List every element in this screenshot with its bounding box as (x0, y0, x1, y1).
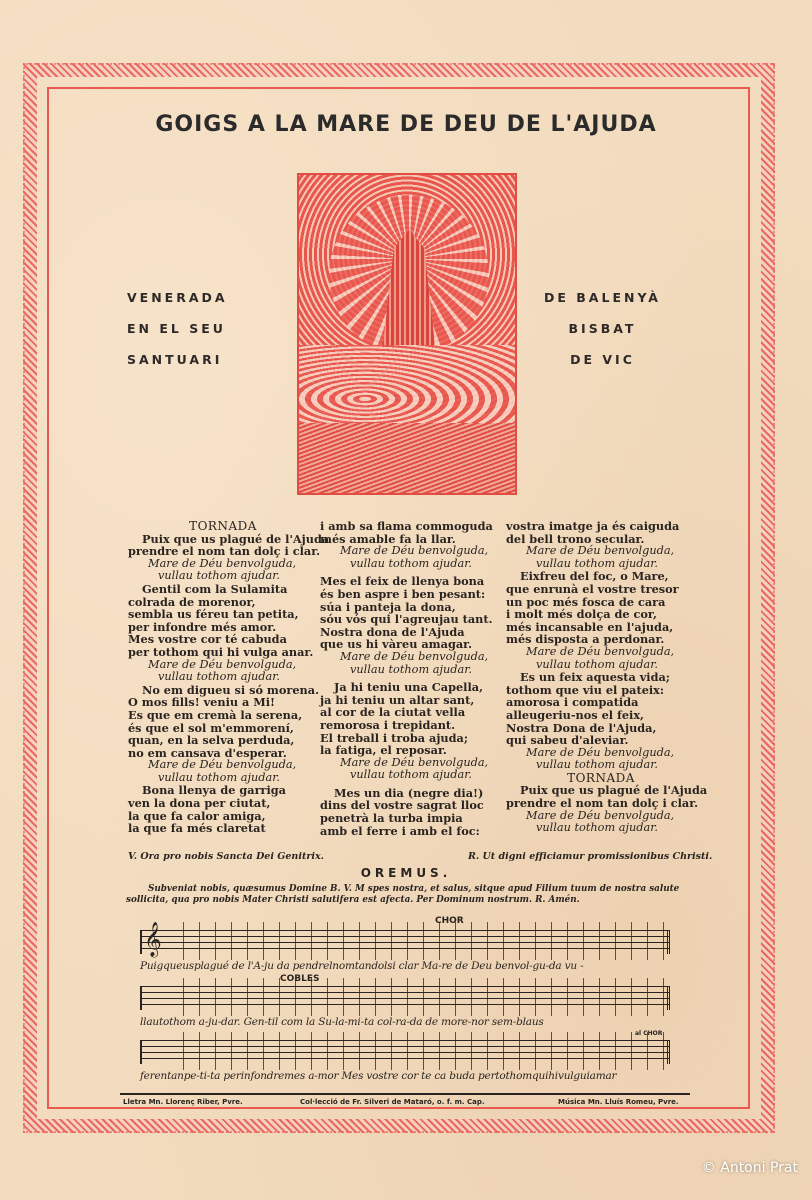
staff-lines (140, 1040, 670, 1064)
side-left-line: VENERADA (127, 290, 228, 321)
verse-line: Es que em cremà la serena, (128, 709, 318, 722)
refrain-line: vullau tothom ajudar. (320, 769, 505, 782)
verse-line: i molt més dolça de cor, (506, 608, 696, 621)
refrain-line: vullau tothom ajudar. (506, 822, 696, 835)
staff-lyrics: llautothom a-ju-dar. Gen-til com la Su-l… (140, 1016, 670, 1028)
oremus-prayer: Subveniat nobis, quæsumus Domine B. V. M… (126, 884, 696, 906)
verse-line: amb el ferre i amb el foc: (320, 825, 505, 838)
verse-line: la que fa més claretat (128, 822, 318, 835)
credit-collection: Col·lecció de Fr. Silveri de Mataró, o. … (300, 1098, 485, 1106)
notes (172, 1032, 667, 1070)
staff-lines (140, 986, 670, 1010)
verse-line: alleugeriu-nos el feix, (506, 709, 696, 722)
side-left-line: SANTUARI (127, 352, 228, 383)
oremus-heading: OREMUS. (0, 866, 812, 880)
music-staff-2: COBLES llautothom a-ju-dar. Gen-til com … (140, 986, 670, 1028)
tornada-heading: TORNADA (128, 520, 318, 533)
verse-line: prendre el nom tan dolç i clar. (506, 797, 696, 810)
refrain-line: Mare de Déu benvolguda, (506, 545, 696, 558)
notes (172, 922, 667, 960)
notes (172, 978, 667, 1016)
refrain-line: vullau tothom ajudar. (506, 759, 696, 772)
verse-column-3: vostra imatge ja és caiguda del bell tro… (506, 520, 696, 835)
refrain-line: Mare de Déu benvolguda, (506, 646, 696, 659)
verse-line: la fatiga, el reposar. (320, 744, 505, 757)
verse-line: per tothom qui hi vulga anar. (128, 646, 318, 659)
verse-line: penetrà la turba impia (320, 812, 505, 825)
refrain-line: Mare de Déu benvolguda, (128, 759, 318, 772)
verse-line: que enrunà el vostre tresor (506, 583, 696, 596)
refrain-line: Mare de Déu benvolguda, (320, 545, 505, 558)
refrain-line: vullau tothom ajudar. (128, 671, 318, 684)
treble-clef-icon: 𝄞 (144, 922, 162, 958)
verse-line: remorosa i trepidant. (320, 719, 505, 732)
verse-line: qui sabeu d'aleviar. (506, 734, 696, 747)
verse-line: i amb sa flama commoguda (320, 520, 505, 533)
refrain-line: vullau tothom ajudar. (320, 664, 505, 677)
verse-line: sembla us féreu tan petita, (128, 608, 318, 621)
verse-column-2: i amb sa flama commoguda més amable fa l… (320, 520, 505, 837)
staff-lyrics: Puigqueusplagué de l'A-ju da pendrelnomt… (140, 960, 670, 972)
verse-line: és ben aspre i ben pesant: (320, 588, 505, 601)
verse-line: quan, en la selva perduda, (128, 734, 318, 747)
verse-line: prendre el nom tan dolç i clar. (128, 545, 318, 558)
verse-line: Gentil com la Sulamita (128, 583, 318, 596)
ground (299, 423, 517, 493)
music-staff-3: al CHOR ferentanpe-ti-ta perinfondremes … (140, 1040, 670, 1082)
verse-line: sóu vós qui l'agreujau tant. (320, 613, 505, 626)
page-title: GOIGS A LA MARE DE DEU DE L'AJUDA (0, 112, 812, 137)
side-right-line: BISBAT (540, 321, 665, 352)
side-right-line: DE VIC (540, 352, 665, 383)
verse-line: ven la dona per ciutat, (128, 797, 318, 810)
verse-line: vostra imatge ja és caiguda (506, 520, 696, 533)
response: R. Ut digni efficiamur promissionibus Ch… (468, 851, 712, 862)
staff-lyrics: ferentanpe-ti-ta perinfondremes a-mor Me… (140, 1070, 670, 1082)
side-text-left: VENERADA EN EL SEU SANTUARI (127, 290, 228, 383)
side-left-line: EN EL SEU (127, 321, 228, 352)
verse-line: Ja hi teniu una Capella, (320, 681, 505, 694)
verse-line: Es un feix aquesta vida; (506, 671, 696, 684)
woodcut-illustration (297, 173, 517, 495)
footer-divider (120, 1093, 690, 1095)
side-right-line: DE BALENYÀ (540, 290, 665, 321)
music-staff-1: CHOR 𝄞 Puigqueusplagué de l'A-ju da pend… (140, 930, 670, 972)
copyright-watermark: © Antoni Prat (702, 1160, 798, 1176)
refrain-line: vullau tothom ajudar. (320, 558, 505, 571)
credit-lyrics: Lletra Mn. Llorenç Riber, Pvre. (123, 1098, 243, 1106)
staff-lines: 𝄞 (140, 930, 670, 954)
verse-column-1: TORNADA Puix que us plagué de l'Ajuda pr… (128, 520, 318, 835)
refrain-line: Mare de Déu benvolguda, (320, 651, 505, 664)
credit-music: Música Mn. Lluís Romeu, Pvre. (558, 1098, 679, 1106)
side-text-right: DE BALENYÀ BISBAT DE VIC (540, 290, 665, 383)
clouds (299, 345, 517, 435)
versicle: V. Ora pro nobis Sancta Dei Genitrix. (128, 851, 324, 862)
